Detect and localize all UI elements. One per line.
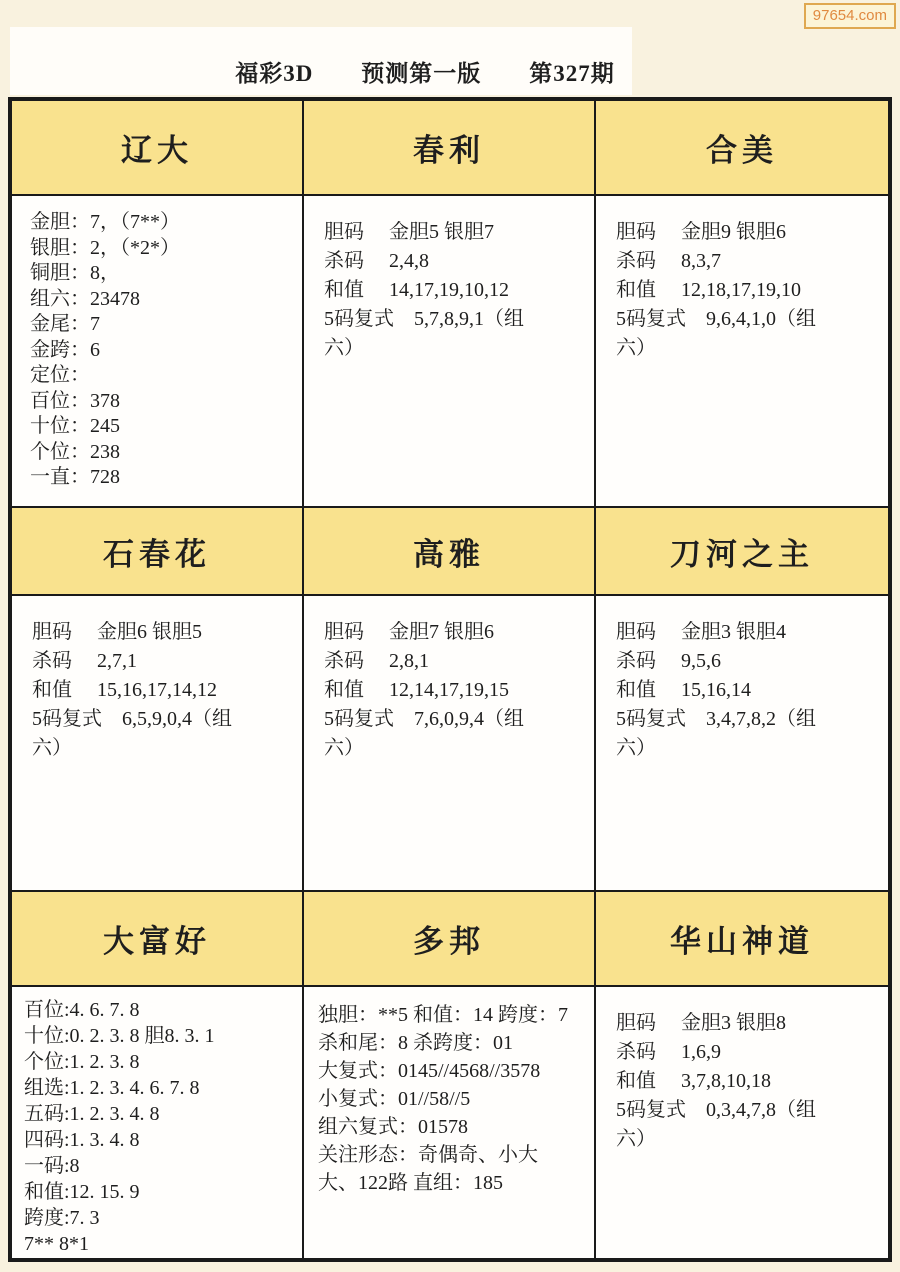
prediction-line: 胆码 金胆6 银胆5 bbox=[32, 618, 292, 647]
prediction-line: 金跨：6 bbox=[30, 338, 290, 364]
prediction-line: 组六复式：01578 bbox=[318, 1113, 590, 1141]
predictor-header: 春利 bbox=[304, 101, 596, 196]
prediction-line: 和值 12,14,17,19,15 bbox=[324, 676, 584, 705]
prediction-line: 关注形态：奇偶奇、小大 bbox=[318, 1141, 590, 1169]
prediction-line: 金尾：7 bbox=[30, 312, 290, 338]
prediction-cell: 独胆：**5 和值：14 跨度：7杀和尾：8 杀跨度：01大复式：0145//4… bbox=[304, 987, 596, 1258]
prediction-line: 杀码 1,6,9 bbox=[616, 1038, 878, 1067]
predictor-header: 华山神道 bbox=[596, 892, 888, 987]
prediction-line: 胆码 金胆5 银胆7 bbox=[324, 218, 584, 247]
prediction-line: 小复式：01//58//5 bbox=[318, 1085, 590, 1113]
predictor-header: 大富好 bbox=[12, 892, 304, 987]
predictor-header: 辽大 bbox=[12, 101, 304, 196]
prediction-line: 铜胆：8， bbox=[30, 261, 290, 287]
prediction-line: 和值 14,17,19,10,12 bbox=[324, 276, 584, 305]
prediction-line: 5码复式 3,4,7,8,2（组 bbox=[616, 705, 878, 734]
prediction-line: 四码:1. 3. 4. 8 bbox=[24, 1127, 296, 1153]
prediction-line: 十位:0. 2. 3. 8 胆8. 3. 1 bbox=[24, 1023, 296, 1049]
prediction-line: 5码复式 0,3,4,7,8（组 bbox=[616, 1096, 878, 1125]
prediction-line: 胆码 金胆9 银胆6 bbox=[616, 218, 878, 247]
page-title: 福彩3D 预测第一版 第327期 bbox=[0, 55, 850, 88]
prediction-line: 五码:1. 2. 3. 4. 8 bbox=[24, 1101, 296, 1127]
prediction-line: 胆码 金胆7 银胆6 bbox=[324, 618, 584, 647]
predictor-header: 高雅 bbox=[304, 508, 596, 596]
prediction-line: 组选:1. 2. 3. 4. 6. 7. 8 bbox=[24, 1075, 296, 1101]
site-badge[interactable]: 97654.com bbox=[804, 3, 896, 29]
predictor-header: 刀河之主 bbox=[596, 508, 888, 596]
prediction-line: 独胆：**5 和值：14 跨度：7 bbox=[318, 1001, 590, 1029]
prediction-line: 个位：238 bbox=[30, 440, 290, 466]
prediction-line: 和值 3,7,8,10,18 bbox=[616, 1067, 878, 1096]
prediction-cell: 胆码 金胆6 银胆5杀码 2,7,1和值 15,16,17,14,125码复式 … bbox=[12, 596, 304, 892]
prediction-line: 杀码 9,5,6 bbox=[616, 647, 878, 676]
prediction-line: 和值:12. 15. 9 bbox=[24, 1179, 296, 1205]
prediction-line: 5码复式 6,5,9,0,4（组 bbox=[32, 705, 292, 734]
prediction-line: 杀码 2,4,8 bbox=[324, 247, 584, 276]
prediction-line: 胆码 金胆3 银胆8 bbox=[616, 1009, 878, 1038]
prediction-line: 杀码 2,8,1 bbox=[324, 647, 584, 676]
prediction-line: 5码复式 5,7,8,9,1（组 bbox=[324, 305, 584, 334]
prediction-line: 金胆：7，（7**） bbox=[30, 210, 290, 236]
prediction-line: 十位：245 bbox=[30, 414, 290, 440]
prediction-cell: 胆码 金胆5 银胆7杀码 2,4,8和值 14,17,19,10,125码复式 … bbox=[304, 196, 596, 508]
prediction-line: 和值 15,16,17,14,12 bbox=[32, 676, 292, 705]
prediction-line: 一直：728 bbox=[30, 465, 290, 491]
prediction-line: 百位:4. 6. 7. 8 bbox=[24, 997, 296, 1023]
prediction-cell: 胆码 金胆3 银胆8杀码 1,6,9和值 3,7,8,10,185码复式 0,3… bbox=[596, 987, 888, 1258]
prediction-line: 和值 12,18,17,19,10 bbox=[616, 276, 878, 305]
prediction-line: 5码复式 9,6,4,1,0（组 bbox=[616, 305, 878, 334]
prediction-line: 银胆：2，（*2*） bbox=[30, 236, 290, 262]
prediction-board: 辽大春利合美金胆：7，（7**）银胆：2，（*2*）铜胆：8，组六：23478金… bbox=[8, 97, 892, 1262]
prediction-line: 杀码 8,3,7 bbox=[616, 247, 878, 276]
prediction-line: 定位： bbox=[30, 363, 290, 389]
prediction-line: 组六：23478 bbox=[30, 287, 290, 313]
prediction-line: 一码:8 bbox=[24, 1153, 296, 1179]
prediction-line: 六） bbox=[616, 334, 878, 363]
prediction-line: 跨度:7. 3 bbox=[24, 1205, 296, 1231]
predictor-header: 多邦 bbox=[304, 892, 596, 987]
prediction-cell: 胆码 金胆7 银胆6杀码 2,8,1和值 12,14,17,19,155码复式 … bbox=[304, 596, 596, 892]
prediction-line: 六） bbox=[324, 734, 584, 763]
predictor-header: 合美 bbox=[596, 101, 888, 196]
prediction-line: 和值 15,16,14 bbox=[616, 676, 878, 705]
prediction-cell: 胆码 金胆9 银胆6杀码 8,3,7和值 12,18,17,19,105码复式 … bbox=[596, 196, 888, 508]
prediction-cell: 金胆：7，（7**）银胆：2，（*2*）铜胆：8，组六：23478金尾：7金跨：… bbox=[12, 196, 304, 508]
prediction-cell: 胆码 金胆3 银胆4杀码 9,5,6和值 15,16,145码复式 3,4,7,… bbox=[596, 596, 888, 892]
prediction-line: 六） bbox=[616, 734, 878, 763]
prediction-line: 杀和尾：8 杀跨度：01 bbox=[318, 1029, 590, 1057]
predictor-header: 石春花 bbox=[12, 508, 304, 596]
prediction-line: 六） bbox=[324, 334, 584, 363]
prediction-line: 5码复式 7,6,0,9,4（组 bbox=[324, 705, 584, 734]
prediction-line: 六） bbox=[32, 734, 292, 763]
prediction-line: 个位:1. 2. 3. 8 bbox=[24, 1049, 296, 1075]
prediction-line: 大、122路 直组：185 bbox=[318, 1169, 590, 1197]
prediction-line: 7** 8*1 bbox=[24, 1231, 296, 1257]
prediction-line: 百位：378 bbox=[30, 389, 290, 415]
prediction-line: 大复式：0145//4568//3578 bbox=[318, 1057, 590, 1085]
prediction-line: 杀码 2,7,1 bbox=[32, 647, 292, 676]
prediction-line: 六） bbox=[616, 1125, 878, 1154]
prediction-cell: 百位:4. 6. 7. 8十位:0. 2. 3. 8 胆8. 3. 1个位:1.… bbox=[12, 987, 304, 1258]
prediction-line: 胆码 金胆3 银胆4 bbox=[616, 618, 878, 647]
